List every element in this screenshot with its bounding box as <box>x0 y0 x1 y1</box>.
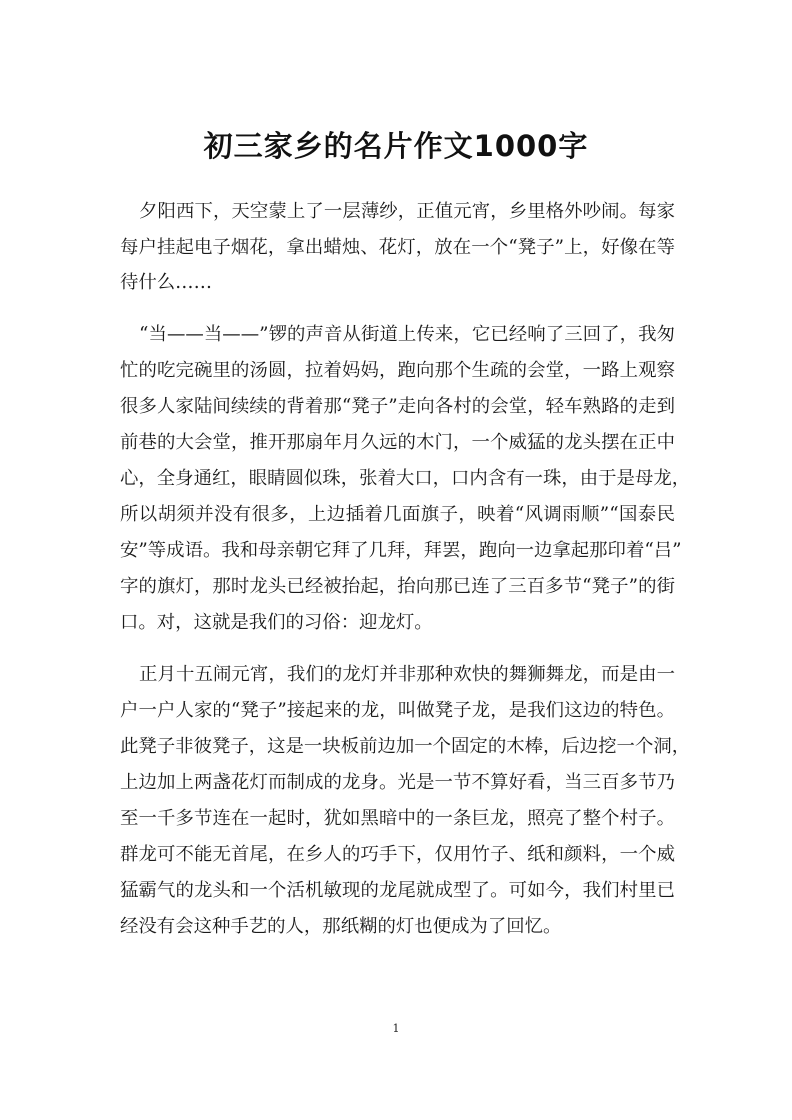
page-number: 1 <box>0 1022 792 1035</box>
paragraph-2-line-2: 忙的吃完碗里的汤圆，拉着妈妈，跑向那个生疏的会堂，一路上观察 <box>120 359 675 383</box>
document-page: 初三家乡的名片作文1000字 夕阳西下，天空蒙上了一层薄纱，正值元宵，乡里格外吵… <box>0 0 792 1120</box>
paragraph-2-line-3: 很多人家陆间续续的背着那“凳子”走向各村的会堂，轻车熟路的走到 <box>120 395 675 419</box>
paragraph-2-line-4: 前巷的大会堂，推开那扇年月久远的木门，一个威猛的龙头摆在正中 <box>120 431 675 455</box>
paragraph-2-line-7: 安”等成语。我和母亲朝它拜了几拜，拜罢，跑向一边拿起那印着“吕” <box>120 539 675 563</box>
paragraph-3-line-8: 经没有会这种手艺的人，那纸糊的灯也便成为了回忆。 <box>120 915 675 939</box>
paragraph-2-line-1: “当——当——”锣的声音从街道上传来，它已经响了三回了，我匆 <box>139 323 675 347</box>
paragraph-2-line-5: 心，全身通红，眼睛圆似珠，张着大口，口内含有一珠，由于是母龙， <box>120 467 675 491</box>
paragraph-2-line-8: 字的旗灯，那时龙头已经被抬起，抬向那已连了三百多节“凳子”的街 <box>120 575 675 599</box>
paragraph-1-line-3: 待什么…… <box>120 271 675 295</box>
paragraph-1-line-2: 每户挂起电子烟花，拿出蜡烛、花灯，放在一个“凳子”上，好像在等 <box>120 236 675 260</box>
paragraph-3-line-3: 此凳子非彼凳子，这是一块板前边加一个固定的木棒，后边挖一个洞， <box>120 735 675 759</box>
paragraph-2-line-9: 口。对，这就是我们的习俗：迎龙灯。 <box>120 611 675 635</box>
paragraph-1-line-1: 夕阳西下，天空蒙上了一层薄纱，正值元宵，乡里格外吵闹。每家 <box>139 200 675 224</box>
paragraph-3-line-5: 至一千多节连在一起时，犹如黑暗中的一条巨龙，照亮了整个村子。 <box>120 807 675 831</box>
paragraph-3-line-6: 群龙可不能无首尾，在乡人的巧手下，仅用竹子、纸和颜料，一个威 <box>120 843 675 867</box>
paragraph-3-line-2: 户一户人家的“凳子”接起来的龙，叫做凳子龙，是我们这边的特色。 <box>120 699 675 723</box>
paragraph-2-line-6: 所以胡须并没有很多，上边插着几面旗子，映着“风调雨顺”“国泰民 <box>120 503 675 527</box>
paragraph-3-line-7: 猛霸气的龙头和一个活机敏现的龙尾就成型了。可如今，我们村里已 <box>120 879 675 903</box>
document-title: 初三家乡的名片作文1000字 <box>0 124 792 165</box>
paragraph-3-line-4: 上边加上两盏花灯而制成的龙身。光是一节不算好看，当三百多节乃 <box>120 771 675 795</box>
paragraph-3-line-1: 正月十五闹元宵，我们的龙灯并非那种欢快的舞狮舞龙，而是由一 <box>139 663 675 687</box>
